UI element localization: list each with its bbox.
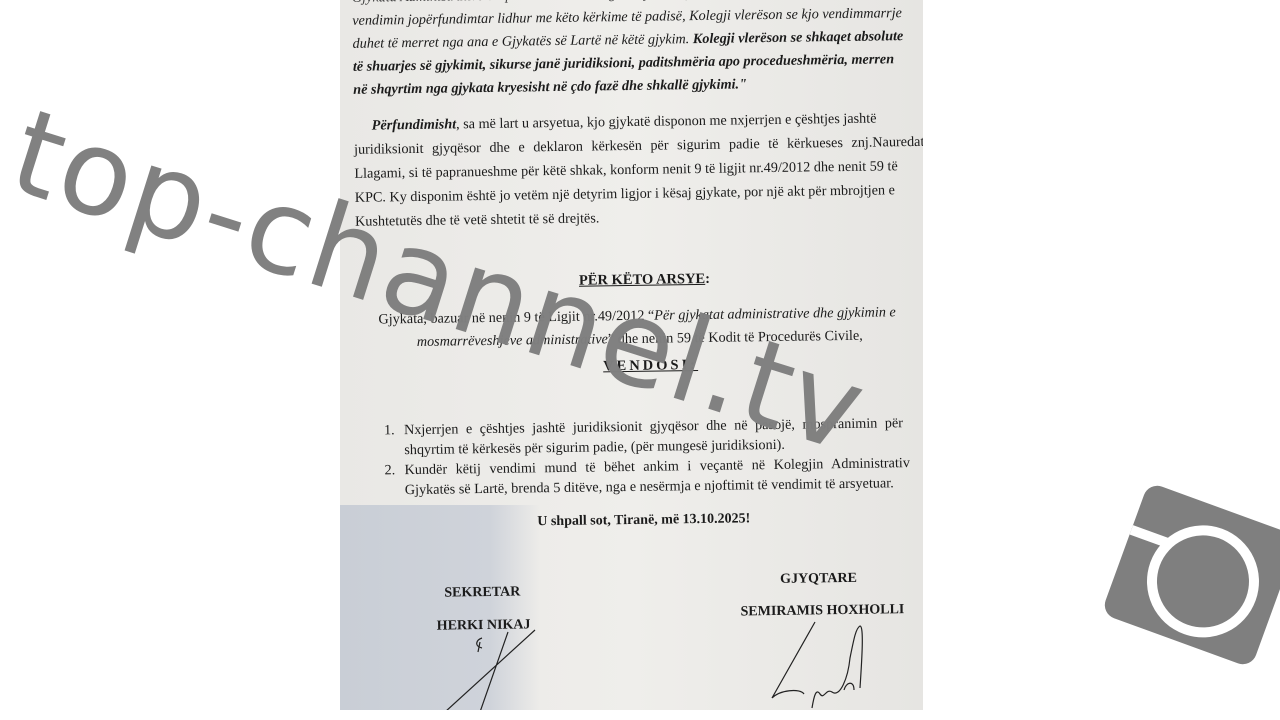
text-line: të shuarjes së gjykimit, sikurse janë ju…	[353, 51, 894, 76]
text-span: duhet të merret nga ana e Gjykatës së La…	[353, 31, 693, 52]
conclusion-line: Llagami, si të papranueshme për këtë shk…	[354, 158, 898, 183]
conclusion-lead: Përfundimisht	[372, 116, 457, 133]
conclusion-line: juridiksionit gjyqësor dhe e deklaron kë…	[354, 134, 923, 159]
decision-item-2-cont: Gjykatës së Lartë, brenda 5 ditëve, nga …	[405, 475, 894, 499]
secretary-title: SEKRETAR	[444, 585, 520, 602]
conclusion-line: KPC. Ky disponim është jo vetëm një dety…	[355, 182, 895, 207]
text-line: vendimin jopërfundimtar lidhur me këto k…	[352, 5, 902, 30]
camera-icon	[1085, 460, 1280, 691]
judge-signature	[760, 618, 890, 710]
text-line: Gjykata Administrative e Apelit ka ometu…	[352, 0, 781, 7]
heading-colon: :	[705, 271, 710, 287]
secretary-signature	[440, 620, 550, 710]
text-span: , sa më lart u arsyetua, kjo gjykatë dis…	[456, 111, 877, 133]
item-number: 2.	[384, 462, 404, 479]
conclusion-line: Përfundimisht, sa më lart u arsyetua, kj…	[372, 111, 877, 135]
judge-title: GJYQTARE	[780, 571, 857, 588]
announcement: U shpall sot, Tiranë, më 13.10.2025!	[537, 511, 750, 530]
text-line: në shqyrtim nga gjykata kryesisht në çdo…	[353, 76, 747, 98]
item-number: 1.	[384, 422, 404, 439]
text-span: Kolegji vlerëson se shkaqet absolute	[693, 28, 904, 47]
text-line: duhet të merret nga ana e Gjykatës së La…	[353, 28, 904, 53]
